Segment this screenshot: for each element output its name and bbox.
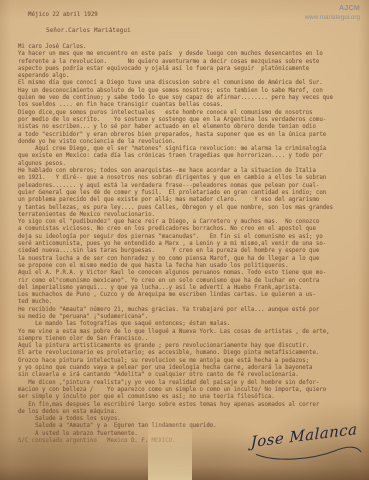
watermark-initials: AJCM [305, 5, 360, 14]
letter-line: sin clavarla e irá cantando "Adelita" o … [18, 372, 366, 379]
letter-line: ciedad nueva....sin las taras burguesas.… [18, 248, 366, 255]
letter-line: El mismo día que conocí a Diego tuve una… [18, 80, 366, 87]
letter-line: del imperialismo yanqui... y que ya luch… [18, 285, 366, 292]
letter-body: Mi caro José Carlos.Ya hacer un mes que … [18, 44, 366, 445]
letter-line: Le mando las fotografías que saqué enton… [18, 321, 366, 328]
letter-line: ser simple y inculto por que el comunism… [18, 394, 366, 401]
letter-line: He recibido "Amauta" número 21, muchas g… [18, 307, 366, 314]
letter-line: la nuestra lucha a de ser con honradez y… [18, 256, 366, 263]
letter-line: peleadores....... y aquí está la verdade… [18, 183, 366, 190]
letter-line: referente a la revolucion. No quiero ave… [18, 59, 366, 66]
letter-line: Me dicen ,"pintura realista"¡y yo veo la… [18, 380, 366, 387]
letter-line: y tantas bellezas, es pura ley.... pues … [18, 205, 366, 212]
watermark-url: www.mariategui.org [305, 14, 360, 23]
letter-line: a comunistas viciosos. No creo en los pr… [18, 226, 366, 233]
watermark: AJCM www.mariategui.org [305, 5, 360, 22]
letter-line: ted mucho. [18, 299, 366, 306]
letter-line: Los muchachos de Puno , Cuzco y de Arequ… [18, 292, 366, 299]
letter-line: algunos pesos. [18, 161, 366, 168]
letter-line: Hay un desconocimiento absoluto de lo qu… [18, 88, 366, 95]
letter-line: En fin,mas despues le escribiré largo so… [18, 402, 366, 409]
letter-line: Yo me vine a esta mas pobre de lo que ll… [18, 329, 366, 336]
letter-line: Aquí el A. P.R.A. y Victor Raul le conoc… [18, 270, 366, 277]
letter-line: a todo "escribidor" y eran obreros bien … [18, 132, 366, 139]
letter-line: aspecto pues podría estar equivocado y o… [18, 66, 366, 73]
letter-line: Orozco hace pintura intelectual; su revo… [18, 358, 366, 365]
letter-line: en 1921. Y diré-- que a nosotros nos sob… [18, 175, 366, 182]
letter-line: un problema parecido del que existe por … [18, 197, 366, 204]
letter-page: AJCM www.mariategui.org Méjico 22 abril … [0, 0, 369, 480]
letter-line: Diego dice,que somos puros intelectuales… [18, 110, 366, 117]
letter-line: Ya hacer un mes que me encuentro en este… [18, 51, 366, 58]
letter-line: deja su ideología por seguir dos piernas… [18, 234, 366, 241]
letter-line: que existe en Mexico: cada día las cróni… [18, 153, 366, 160]
letter-line: El arte revolucionario es proletario; es… [18, 350, 366, 357]
letter-line: rir como el"comunismo mexicano". Yo creo… [18, 278, 366, 285]
letter-line: nistas no escriben... y lo sé por haber … [18, 124, 366, 131]
letter-addressee: Señor.Carlos Mariátegui [46, 28, 131, 34]
letter-date: Méjico 22 abril 1929 [28, 12, 98, 18]
letter-line: los sueldos .... en fin hace transigir c… [18, 102, 366, 109]
